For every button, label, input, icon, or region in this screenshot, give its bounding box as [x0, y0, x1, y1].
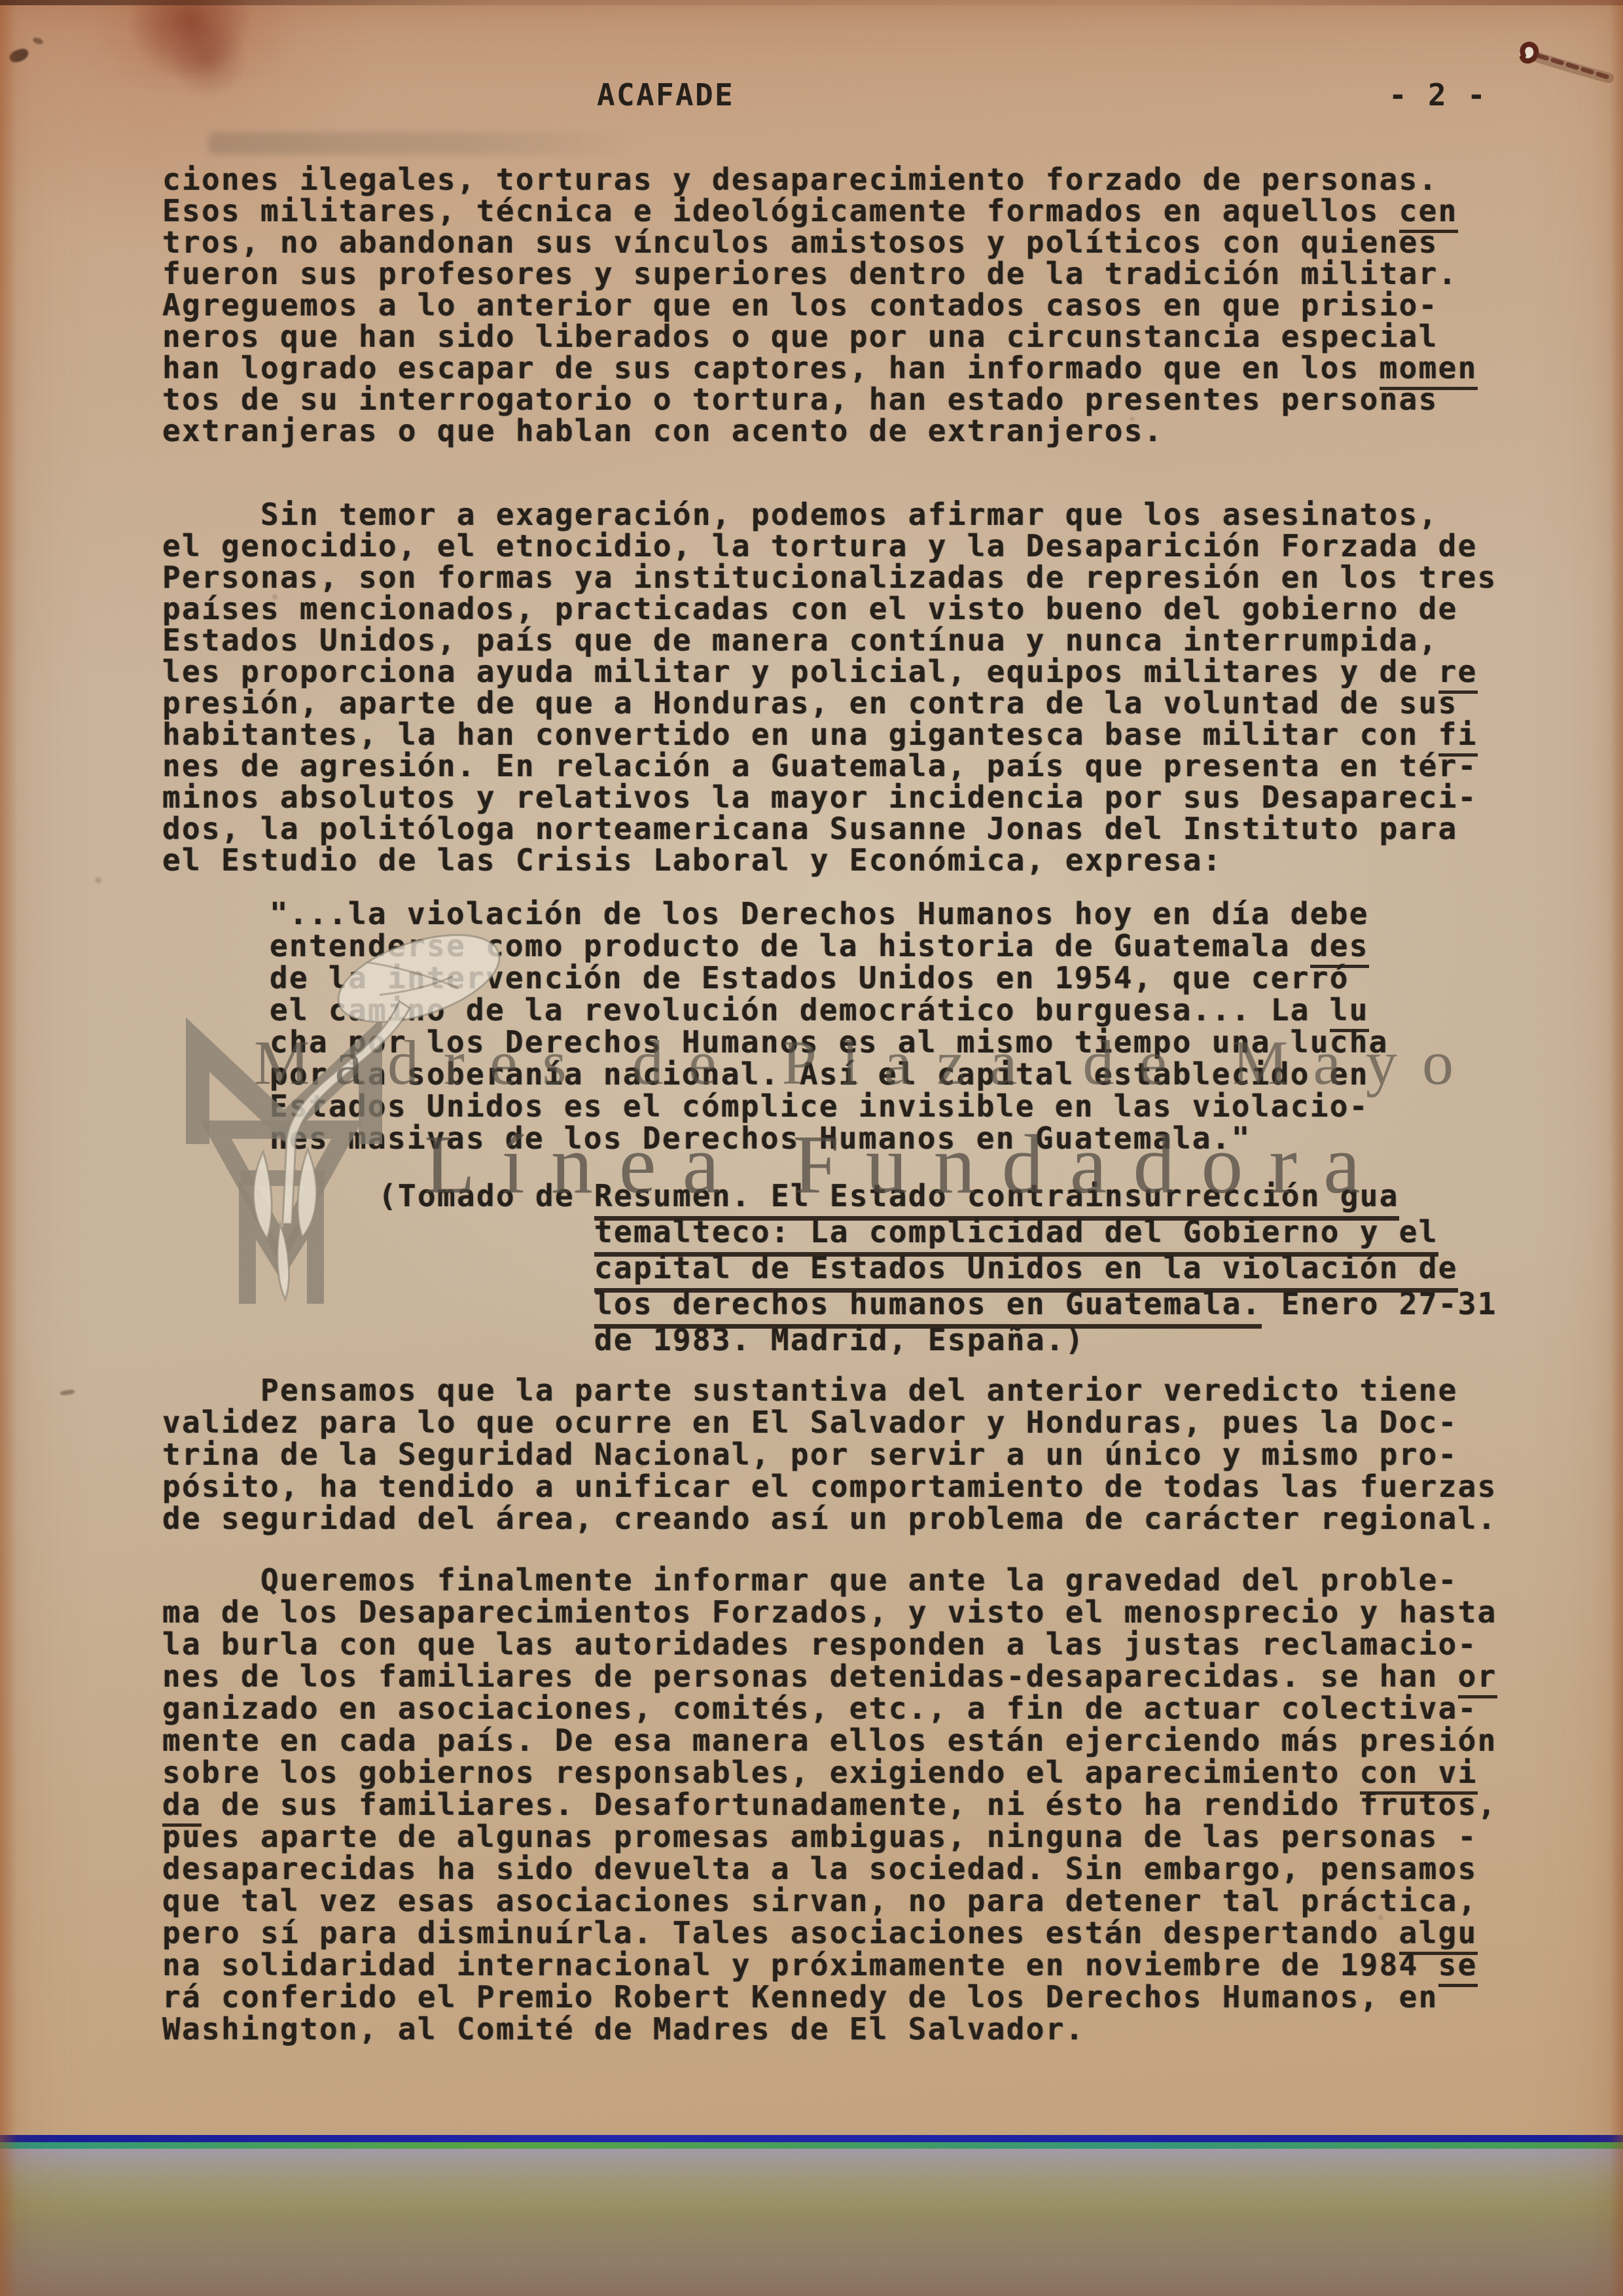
text-line: capital de Estados Unidos en la violació…: [378, 1250, 1497, 1286]
text-line: pósito, ha tendido a unificar el comport…: [162, 1471, 1497, 1503]
text-line: pues aparte de algunas promesas ambiguas…: [162, 1821, 1497, 1853]
scan-edge-left: [0, 0, 17, 2296]
page-number: - 2 -: [1389, 77, 1487, 113]
text-line: validez para lo que ocurre en El Salvado…: [162, 1407, 1497, 1439]
text-line: nes de los familiares de personas deteni…: [162, 1660, 1497, 1693]
text-line: habitantes, la han convertido en una gig…: [162, 719, 1497, 750]
text-line: nes de agresión. En relación a Guatemala…: [162, 750, 1497, 781]
text-line: países mencionados, practicadas con el v…: [162, 593, 1497, 624]
text-line: desaparecidas ha sido devuelta a la soci…: [162, 1853, 1497, 1885]
scanner-artifact-band: [0, 2135, 1623, 2296]
text-line: Estados Unidos es el cómplice invisible …: [270, 1090, 1389, 1122]
text-line: la burla con que las autoridades respond…: [162, 1628, 1497, 1660]
text-line: Sin temor a exageración, podemos afirmar…: [162, 499, 1497, 530]
text-line: les proporciona ayuda militar y policial…: [162, 656, 1497, 687]
scan-band-gray-area: [0, 2149, 1623, 2296]
text-line: Esos militares, técnica e ideológicament…: [162, 195, 1478, 226]
text-line: de la intervención de Estados Unidos en …: [270, 962, 1389, 994]
scanned-document-page: ACAFADE - 2 - ciones ilegales, torturas …: [0, 0, 1623, 2296]
paragraph-1: ciones ilegales, torturas y desaparecimi…: [162, 164, 1478, 446]
text-line: presión, aparte de que a Honduras, en co…: [162, 687, 1497, 719]
text-line: minos absolutos y relativos la mayor inc…: [162, 781, 1497, 813]
text-line: extranjeras o que hablan con acento de e…: [162, 415, 1478, 446]
text-line: temalteco: La complicidad del Gobierno y…: [378, 1214, 1497, 1250]
text-line: mente en cada país. De esa manera ellos …: [162, 1725, 1497, 1757]
ink-stain-top-left: [98, 0, 321, 131]
text-line: el Estudio de las Crisis Laboral y Econó…: [162, 844, 1497, 876]
citation-block: (Tomado de Resumen. El Estado contrainsu…: [378, 1178, 1497, 1358]
text-line: que tal vez esas asociaciones sirvan, no…: [162, 1885, 1497, 1917]
text-line: de seguridad del área, creando así un pr…: [162, 1503, 1497, 1535]
text-line: el camino de la revolución democrático b…: [270, 994, 1389, 1026]
text-line: Queremos finalmente informar que ante la…: [162, 1564, 1497, 1596]
text-line: ma de los Desaparecimientos Forzados, y …: [162, 1596, 1497, 1628]
scan-edge-top: [0, 0, 1623, 5]
text-line: (Tomado de Resumen. El Estado contrainsu…: [378, 1178, 1497, 1214]
scan-edge-right: [1610, 0, 1623, 2296]
text-line: tos de su interrogatorio o tortura, han …: [162, 384, 1478, 415]
text-line: trina de la Seguridad Nacional, por serv…: [162, 1439, 1497, 1471]
header-organization: ACAFADE: [597, 77, 734, 113]
text-line: han logrado escapar de sus captores, han…: [162, 352, 1478, 384]
text-line: nes masivas de los Derechos Humanos en G…: [270, 1122, 1389, 1155]
text-line: Estados Unidos, país que de manera contí…: [162, 624, 1497, 656]
margin-pencil-mark: [60, 1390, 75, 1396]
text-line: "...la violación de los Derechos Humanos…: [270, 898, 1389, 930]
handwritten-ink-scribble: [1505, 36, 1623, 95]
paragraph-4: Queremos finalmente informar que ante la…: [162, 1564, 1497, 2045]
paragraph-2: Sin temor a exageración, podemos afirmar…: [162, 499, 1497, 876]
text-line: entenderse como producto de la historia …: [270, 930, 1389, 962]
erased-text-smudge: [208, 132, 633, 154]
text-line: neros que han sido liberados o que por u…: [162, 321, 1478, 352]
block-quote: "...la violación de los Derechos Humanos…: [270, 898, 1389, 1155]
text-line: Agreguemos a lo anterior que en los cont…: [162, 289, 1478, 321]
text-line: rá conferido el Premio Robert Kennedy de…: [162, 1981, 1497, 2013]
text-line: Washington, al Comité de Madres de El Sa…: [162, 2013, 1497, 2045]
text-line: sobre los gobiernos responsables, exigie…: [162, 1757, 1497, 1789]
text-line: de 1983. Madrid, España.): [378, 1322, 1497, 1358]
text-line: los derechos humanos en Guatemala. Enero…: [378, 1286, 1497, 1322]
scan-band-teal-line: [0, 2142, 1623, 2149]
text-line: por la soberanía nacional. Así el capita…: [270, 1058, 1389, 1090]
edge-smudge-mark: [32, 37, 44, 46]
text-line: cha por los Derechos Humanos es al mismo…: [270, 1026, 1389, 1058]
text-line: ganizado en asociaciones, comités, etc.,…: [162, 1693, 1497, 1725]
text-line: pero sí para disminuírla. Tales asociaci…: [162, 1917, 1497, 1949]
paragraph-3: Pensamos que la parte sustantiva del ant…: [162, 1374, 1497, 1535]
text-line: Pensamos que la parte sustantiva del ant…: [162, 1374, 1497, 1407]
text-line: Personas, son formas ya institucionaliza…: [162, 562, 1497, 593]
text-line: el genocidio, el etnocidio, la tortura y…: [162, 530, 1497, 562]
text-line: tros, no abandonan sus vínculos amistoso…: [162, 226, 1478, 258]
text-line: fueron sus profesores y superiores dentr…: [162, 258, 1478, 289]
text-line: ciones ilegales, torturas y desaparecimi…: [162, 164, 1478, 195]
scan-band-blue-line: [0, 2135, 1623, 2142]
text-line: na solidaridad internacional y próximame…: [162, 1949, 1497, 1981]
text-line: da de sus familiares. Desafortunadamente…: [162, 1789, 1497, 1821]
text-line: dos, la politóloga norteamericana Susann…: [162, 813, 1497, 844]
